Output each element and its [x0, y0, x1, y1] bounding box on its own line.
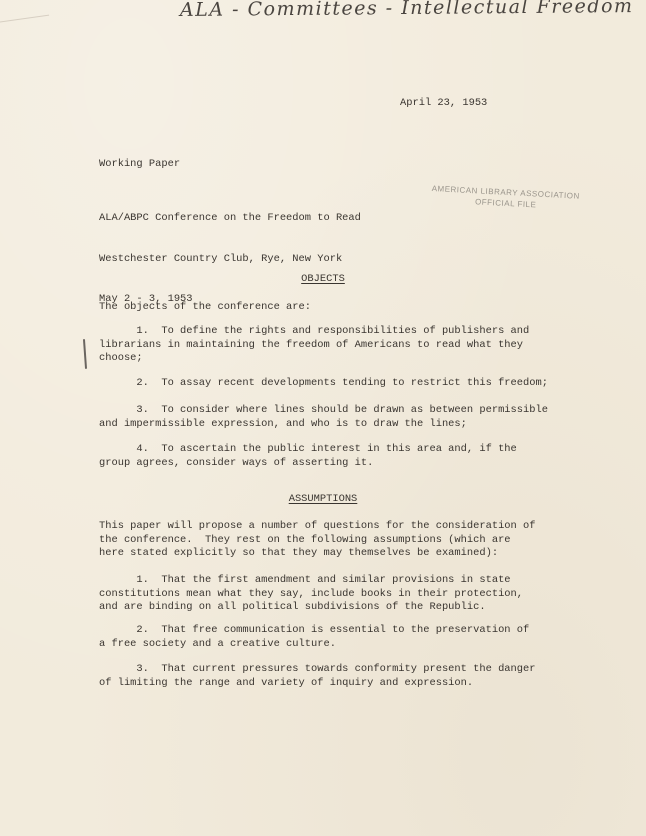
objects-intro: The objects of the conference are: — [99, 301, 569, 315]
paper-smudge — [0, 15, 51, 33]
conference-venue: Westchester Country Club, Rye, New York — [99, 253, 361, 267]
assumptions-item-3: 3. That current pressures towards confor… — [99, 663, 569, 690]
objects-item-4: 4. To ascertain the public interest in t… — [99, 443, 569, 470]
objects-item-3: 3. To consider where lines should be dra… — [99, 404, 569, 431]
handwritten-annotation: ALA - Committees - Intellectual Freedom — [180, 0, 634, 17]
assumptions-heading: ASSUMPTIONS — [0, 493, 646, 507]
assumptions-item-1: 1. That the first amendment and similar … — [99, 574, 569, 615]
margin-pencil-mark — [83, 339, 87, 369]
objects-item-1: 1. To define the rights and responsibili… — [99, 325, 569, 366]
objects-heading: OBJECTS — [0, 273, 646, 287]
assumptions-item-2: 2. That free communication is essential … — [99, 624, 569, 651]
objects-item-2: 2. To assay recent developments tending … — [99, 377, 569, 391]
conference-title: ALA/ABPC Conference on the Freedom to Re… — [99, 212, 361, 226]
official-file-stamp: AMERICAN LIBRARY ASSOCIATION OFFICIAL FI… — [431, 183, 580, 213]
document-page: ALA - Committees - Intellectual Freedom … — [0, 0, 646, 836]
assumptions-intro: This paper will propose a number of ques… — [99, 520, 569, 561]
document-type: Working Paper — [99, 158, 180, 172]
document-date: April 23, 1953 — [400, 97, 487, 111]
